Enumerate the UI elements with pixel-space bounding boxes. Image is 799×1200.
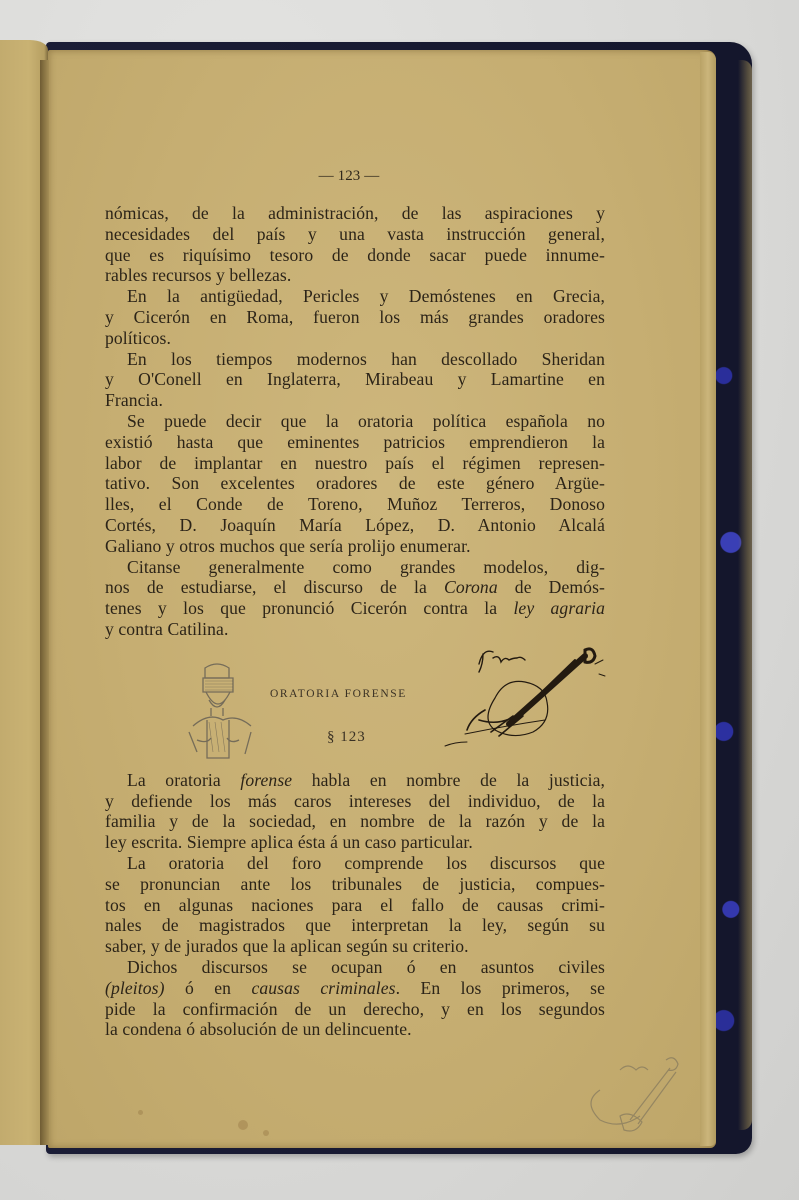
section-heading: ORATORIA FORENSE § 123 <box>105 640 605 770</box>
paragraph-forense: La oratoria forense habla en nombre de l… <box>105 770 605 853</box>
paragraph-dichos: Dichos discursos se ocupan ó en asuntos … <box>105 957 605 1040</box>
book-gutter <box>40 60 49 1145</box>
cover-edge <box>738 60 752 1130</box>
paragraph-4: Se puede decir que la oratoria política … <box>105 411 605 557</box>
faint-pencil-sketch-icon <box>580 1050 700 1140</box>
page-number: — 123 — <box>93 165 605 203</box>
pencil-sketch-figure-icon <box>179 656 259 766</box>
paragraph-citanse: Citanse generalmente como grandes modelo… <box>105 557 605 640</box>
paragraph-foro: La oratoria del foro comprende los discu… <box>105 853 605 957</box>
ink-sketch-violin-icon <box>435 640 610 750</box>
section-number: § 123 <box>327 727 366 748</box>
paragraph-2: En la antigüedad, Pericles y Demóstenes … <box>105 286 605 348</box>
section-title: ORATORIA FORENSE <box>270 684 407 705</box>
paragraph-1: nómicas, de la administración, de las as… <box>105 203 605 286</box>
paragraph-3: En los tiempos modernos han descollado S… <box>105 349 605 411</box>
page-text: — 123 — nómicas, de la administración, d… <box>105 165 605 1040</box>
page-edge <box>700 52 716 1146</box>
